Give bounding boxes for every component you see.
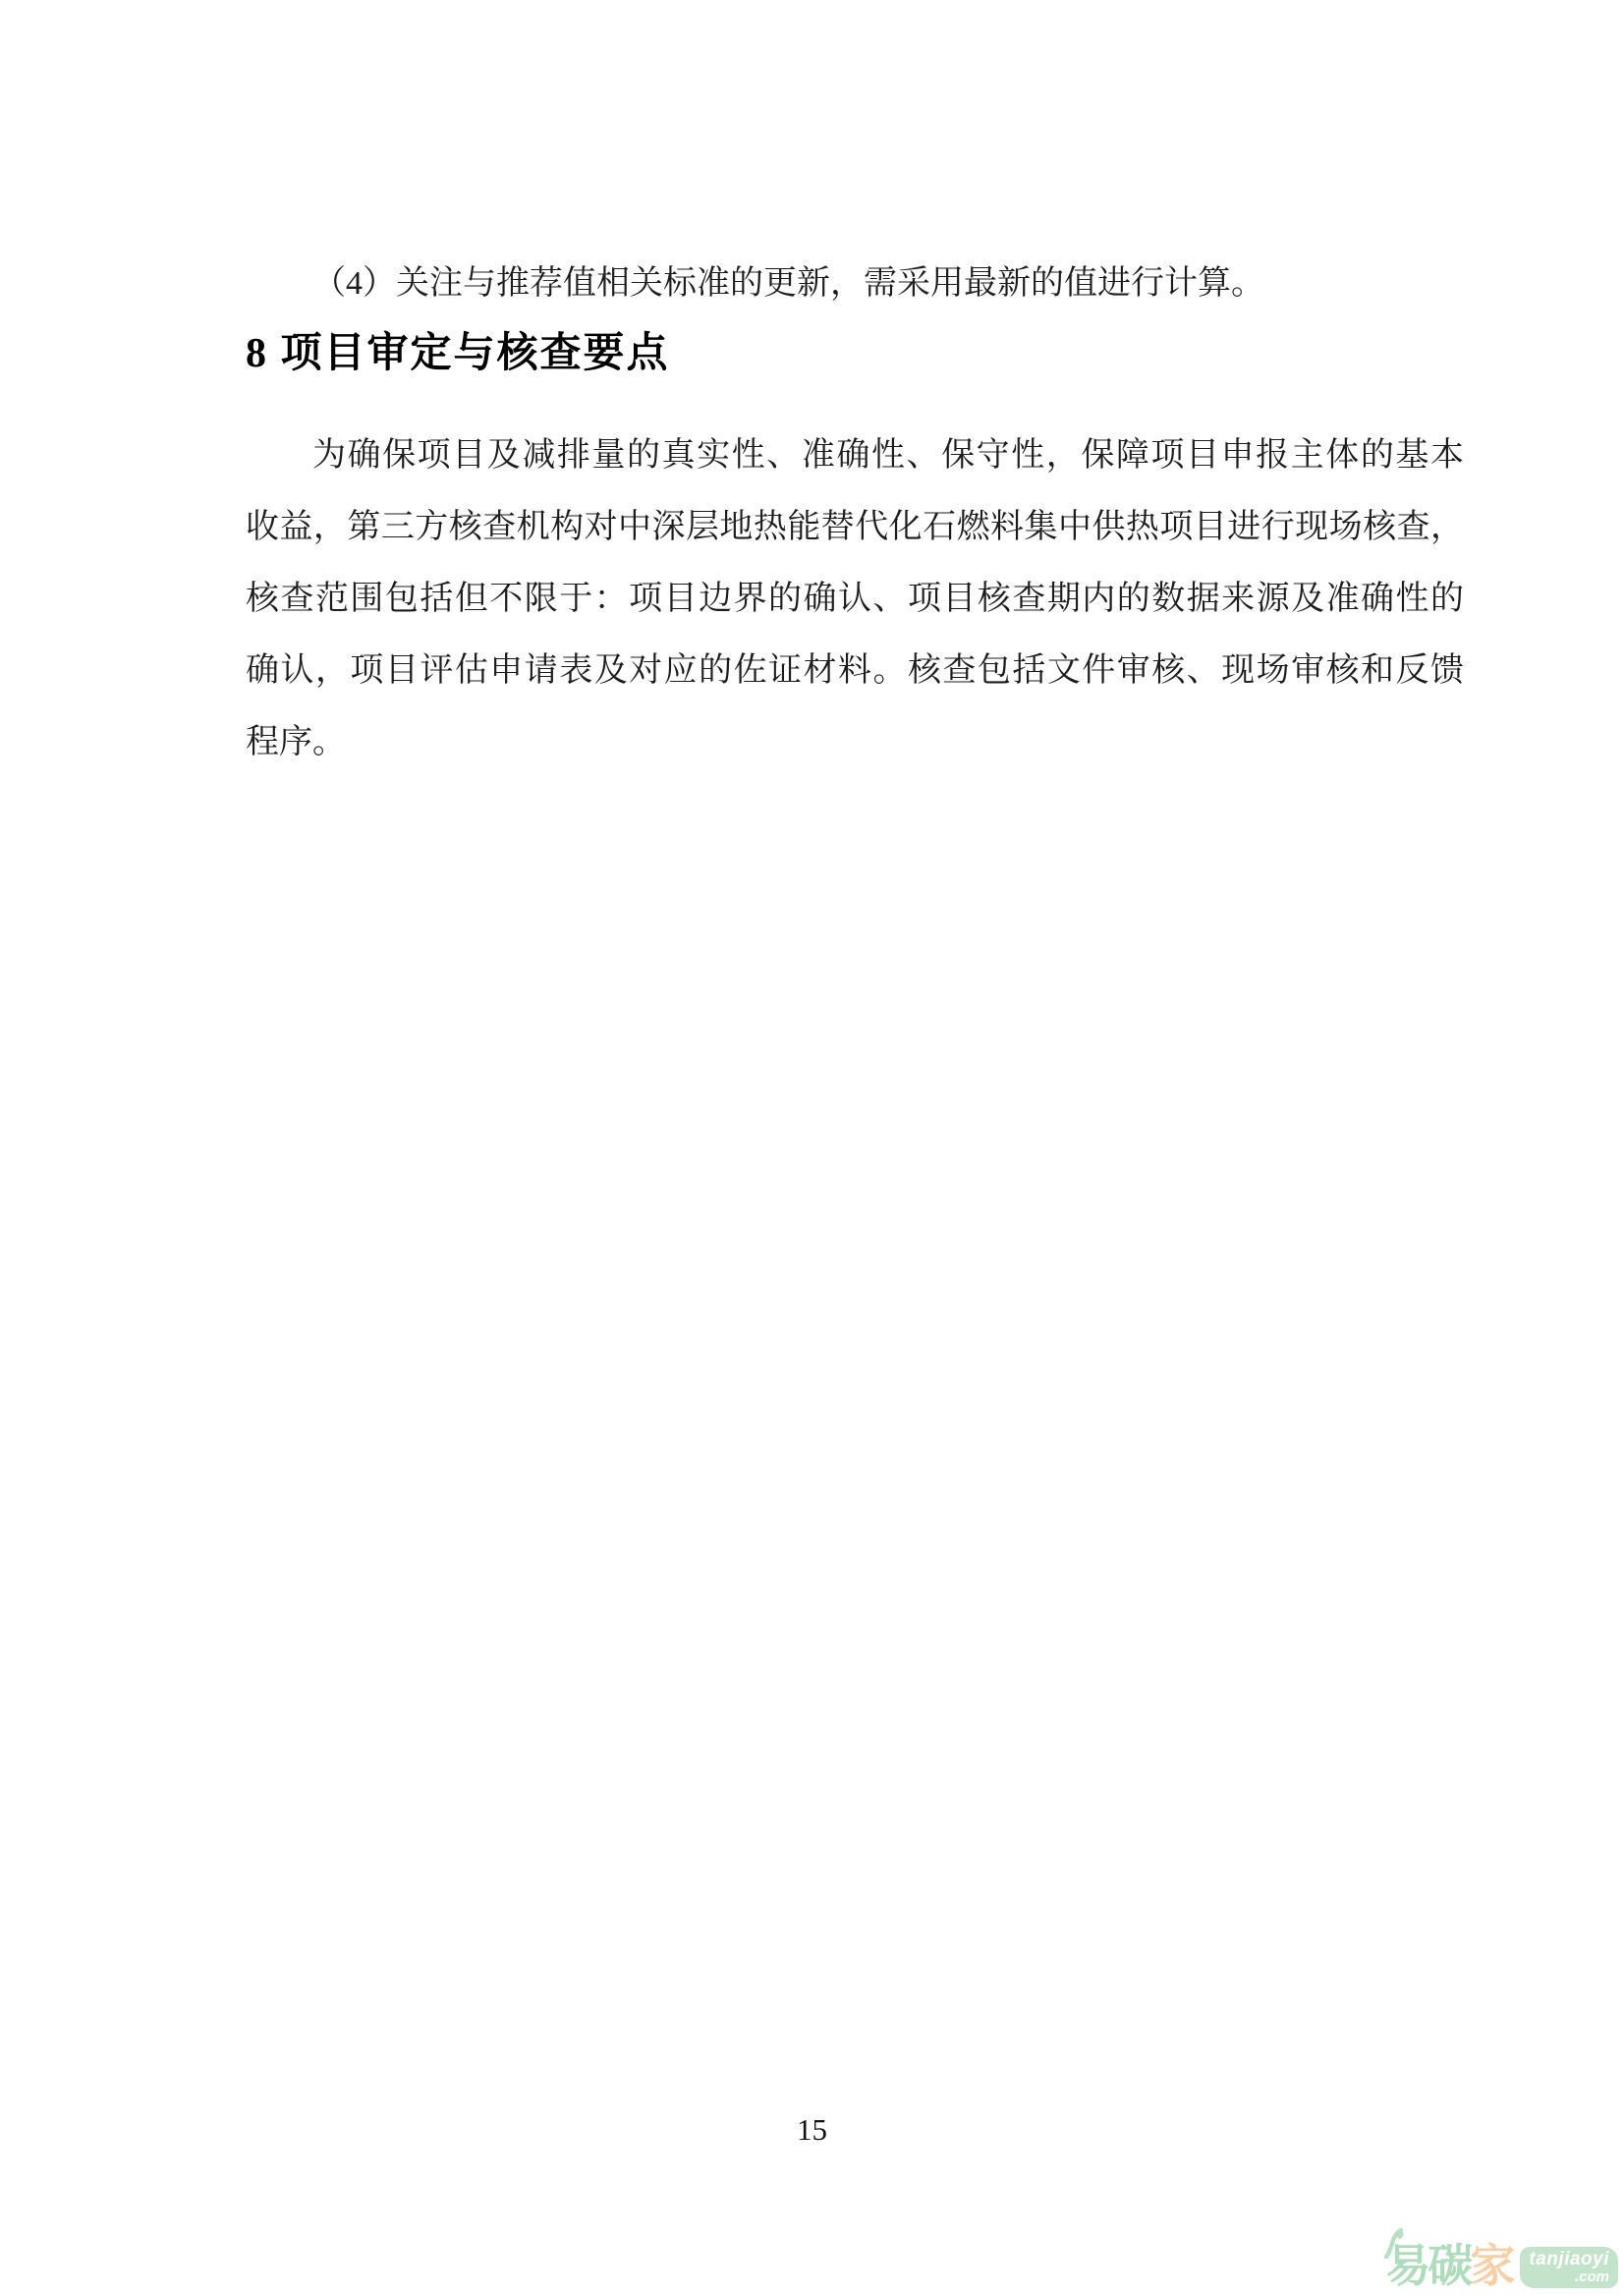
logo-domain-name: tanjiaoyi [1529, 2250, 1609, 2269]
section-heading: 8 项目审定与核查要点 [246, 320, 670, 379]
page-number: 15 [0, 2108, 1624, 2152]
paragraph-line: 程序。 [246, 706, 1464, 778]
logo-char-tan: 碳 [1428, 2243, 1470, 2288]
paragraph-line: 核查范围包括但不限于：项目边界的确认、项目核查期内的数据来源及准确性的 [246, 563, 1464, 635]
logo-characters: 易 碳 家 [1385, 2243, 1512, 2288]
paragraph-line: 为确保项目及减排量的真实性、准确性、保守性，保障项目申报主体的基本 [246, 420, 1464, 491]
tanjiaoyi-logo: 易 碳 家 tanjiaoyi .com [1385, 2243, 1618, 2288]
body-paragraph: 为确保项目及减排量的真实性、准确性、保守性，保障项目申报主体的基本 收益，第三方… [246, 420, 1464, 778]
document-page: （4）关注与推荐值相关标准的更新，需采用最新的值进行计算。 8 项目审定与核查要… [0, 0, 1624, 2296]
paragraph-line: 收益，第三方核查机构对中深层地热能替代化石燃料集中供热项目进行现场核查， [246, 491, 1464, 563]
paragraph-line: 确认，项目评估申请表及对应的佐证材料。核查包括文件审核、现场审核和反馈 [246, 635, 1464, 706]
logo-domain-tld: .com [1529, 2269, 1609, 2284]
list-item-4: （4）关注与推荐值相关标准的更新，需采用最新的值进行计算。 [246, 262, 1464, 306]
sprout-icon [1381, 2227, 1409, 2259]
logo-char-jia: 家 [1470, 2243, 1512, 2288]
logo-domain-badge: tanjiaoyi .com [1520, 2247, 1618, 2288]
